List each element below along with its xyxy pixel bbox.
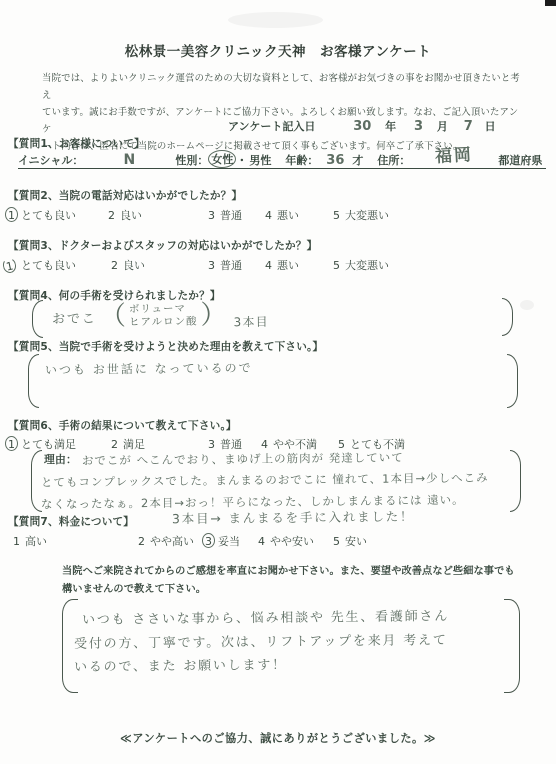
q7-option-1-num: 1 xyxy=(10,534,23,549)
date-month-unit: 月 xyxy=(437,120,448,133)
q6-option-2-label: 満足 xyxy=(123,438,145,451)
q2-option-3-num: 3 xyxy=(205,208,218,223)
q3-option-3-label: 普通 xyxy=(220,259,242,272)
q3-option-1-num: 1 xyxy=(2,257,18,274)
q3-option-1: 1とても良い xyxy=(8,257,108,273)
q3-option-5-num: 5 xyxy=(330,258,343,273)
q6-option-1-num: 1 xyxy=(5,436,18,451)
survey-date-row: アンケート記入日 30 年 3 月 7 日 xyxy=(228,118,496,134)
q4-answer-suffix: 3本目 xyxy=(233,313,268,330)
q1-address-wrap: 福岡 xyxy=(410,143,498,168)
q6-option-1: 1とても満足 xyxy=(8,436,108,452)
q7-option-3-label: 妥当 xyxy=(218,535,240,548)
q1-header: 【質問1、お客様について】 xyxy=(8,136,145,151)
q7-option-3: 3妥当 xyxy=(205,533,255,549)
q7-options: 1高い 2やや高い 3妥当 4やや安い 5安い xyxy=(10,533,367,549)
q4-paren-open: （ xyxy=(100,301,126,331)
date-day-unit: 日 xyxy=(485,120,496,133)
q3-option-3: 3普通 xyxy=(205,257,262,273)
date-month-value: 3 xyxy=(414,119,423,134)
q2-option-3-label: 普通 xyxy=(220,209,242,222)
q2-option-4: 4悪い xyxy=(262,207,330,223)
q7-option-1-label: 高い xyxy=(25,535,47,548)
q1-pref-suffix: 都道府県 xyxy=(498,152,542,168)
q3-option-4-num: 4 xyxy=(262,258,275,273)
q5-answer: いつも お世話に なっているので xyxy=(45,359,253,378)
q5-header: 【質問5、当院で手術を受けようと決めた理由を教えて下さい。】 xyxy=(8,339,323,354)
q6-reason-label: 理由： xyxy=(44,452,77,467)
q4-answer-bracket-left xyxy=(32,300,43,338)
date-day-value: 7 xyxy=(464,119,473,134)
q2-option-4-num: 4 xyxy=(262,208,275,223)
q2-option-1-num: 1 xyxy=(5,207,18,222)
q6-reason-line-1: おでこが へこんでおり、まゆげ上の筋肉が 発達していて xyxy=(82,449,404,468)
comments-prompt: 当院へご来院されてからのご感想を率直にお聞かせ下さい。また、要望や改善点など些細… xyxy=(62,563,524,598)
q1-gender-male: 男性 xyxy=(247,152,273,168)
q7-option-3-num: 3 xyxy=(202,533,215,548)
comments-line-2: 受付の方、丁寧です。次は、リフトアップを来月 考えて xyxy=(74,629,448,652)
q7-option-2-label: やや高い xyxy=(150,535,194,548)
q7-option-5-num: 5 xyxy=(330,534,343,549)
q5-answer-bracket-right xyxy=(507,354,518,408)
q6-reason-bracket-right xyxy=(510,450,521,512)
q7-option-4-num: 4 xyxy=(255,534,268,549)
q1-fields-row: イニシャル： N 性別： 女性 ・ 男性 年齢： 36 才 住所： 福岡 都道府… xyxy=(18,150,546,169)
scan-artifact-corner xyxy=(545,0,556,6)
date-label: アンケート記入日 xyxy=(228,120,315,133)
q4-answer-sub: ボリューマ ヒアルロン酸 xyxy=(129,303,198,330)
q3-option-2-label: 良い xyxy=(123,259,145,272)
q3-options: 1とても良い 2良い 3普通 4悪い 5大変悪い xyxy=(8,257,389,273)
q3-option-2-num: 2 xyxy=(108,258,121,273)
q3-option-3-num: 3 xyxy=(205,258,218,273)
q2-option-5-num: 5 xyxy=(330,208,343,223)
q3-header: 【質問3、ドクターおよびスタッフの対応はいかがでしたか？】 xyxy=(8,238,317,253)
q2-option-5-label: 大変悪い xyxy=(345,209,389,222)
q2-option-2-num: 2 xyxy=(105,208,118,223)
form-title: 松林景一美容クリニック天神 お客様アンケート xyxy=(0,40,556,60)
q1-gender-label: 性別： xyxy=(175,152,208,168)
q1-initial-label: イニシャル： xyxy=(18,152,83,168)
q7-option-2-num: 2 xyxy=(135,534,148,549)
q5-answer-bracket-left xyxy=(28,354,39,408)
q2-option-5: 5大変悪い xyxy=(330,207,389,223)
comments-bracket-right xyxy=(504,599,520,693)
q1-gender-dot: ・ xyxy=(236,152,247,168)
q7-option-5-label: 安い xyxy=(345,535,367,548)
comments-prompt-line-1: 当院へご来院されてからのご感想を率直にお聞かせ下さい。また、要望や改善点など些細… xyxy=(62,563,524,581)
q7-option-4: 4やや安い xyxy=(255,533,330,549)
q2-option-1: 1とても良い xyxy=(8,207,105,223)
q1-address-value: 福岡 xyxy=(435,140,474,167)
q7-option-5: 5安い xyxy=(330,533,367,549)
q6-option-4-label: やや不満 xyxy=(273,438,317,451)
q1-age-value: 36 xyxy=(318,153,352,168)
comments-line-1: いつも ささいな事から、悩み相談や 先生、看護師さん xyxy=(82,605,449,628)
q7-option-4-label: やや安い xyxy=(270,535,314,548)
q6-option-2: 2満足 xyxy=(108,436,205,452)
q2-header: 【質問2、当院の電話対応はいかがでしたか？】 xyxy=(8,188,242,203)
q7-option-2: 2やや高い xyxy=(135,533,205,549)
q6-option-3: 3普通 xyxy=(205,436,258,452)
form-footer: ≪アンケートへのご協力、誠にありがとうございました。≫ xyxy=(0,730,556,746)
q2-option-2: 2良い xyxy=(105,207,205,223)
q3-option-5-label: 大変悪い xyxy=(345,259,389,272)
date-year-value: 30 xyxy=(353,119,371,134)
q2-option-4-label: 悪い xyxy=(277,209,299,222)
q1-gender-female: 女性 xyxy=(208,150,236,168)
intro-line-1: 当院では、よりよいクリニック運営のための大切な資料として、お客様がお気づきの事を… xyxy=(42,70,520,104)
comments-line-3: いるので、また お願いします！ xyxy=(74,654,287,675)
q4-answer-bracket-right xyxy=(502,298,513,336)
q6-option-1-label: とても満足 xyxy=(21,438,76,451)
q4-answer-main: おでこ xyxy=(52,307,97,326)
q2-option-1-label: とても良い xyxy=(21,209,76,222)
q2-option-3: 3普通 xyxy=(205,207,262,223)
q7-option-1: 1高い xyxy=(10,533,135,549)
q3-option-5: 5大変悪い xyxy=(330,257,389,273)
q7-header: 【質問7、料金について】 xyxy=(8,514,134,529)
q6-header: 【質問6、手術の結果について教えて下さい。】 xyxy=(8,418,237,433)
q1-age-label: 年齢： xyxy=(285,152,318,168)
q4-paren-close: ） xyxy=(200,300,226,330)
q4-answer: おでこ （ ボリューマ ヒアルロン酸 ） 3本目 xyxy=(52,300,269,332)
q2-options: 1とても良い 2良い 3普通 4悪い 5大変悪い xyxy=(8,207,389,223)
scan-artifact-smudge-2 xyxy=(520,300,534,310)
q3-option-2: 2良い xyxy=(108,257,205,273)
q4-answer-sub2: ヒアルロン酸 xyxy=(129,316,198,330)
q3-option-4-label: 悪い xyxy=(277,259,299,272)
q3-option-1-label: とても良い xyxy=(21,259,76,272)
q6-option-3-label: 普通 xyxy=(220,438,242,451)
scan-artifact-smudge xyxy=(228,12,323,28)
q1-age-unit: 才 xyxy=(352,152,363,168)
q6-option-3-num: 3 xyxy=(205,437,218,452)
q6-reason-line-2: とてもコンプレックスでした。まんまるのおでこに 憧れて、1本目→少しへこみ xyxy=(41,470,489,491)
q2-option-2-label: 良い xyxy=(120,209,142,222)
q1-initial-value: N xyxy=(83,152,175,168)
q3-option-4: 4悪い xyxy=(262,257,330,273)
q1-address-label: 住所： xyxy=(377,152,410,168)
survey-page: 松林景一美容クリニック天神 お客様アンケート 当院では、よりよいクリニック運営の… xyxy=(0,0,556,764)
q6-option-2-num: 2 xyxy=(108,437,121,452)
date-year-unit: 年 xyxy=(385,120,396,133)
q4-answer-sub1: ボリューマ xyxy=(129,303,198,317)
q7-note: 3本目→ まんまるを手に入れました！ xyxy=(172,507,414,528)
comments-prompt-line-2: 構いませんので教えて下さい。 xyxy=(62,581,524,599)
